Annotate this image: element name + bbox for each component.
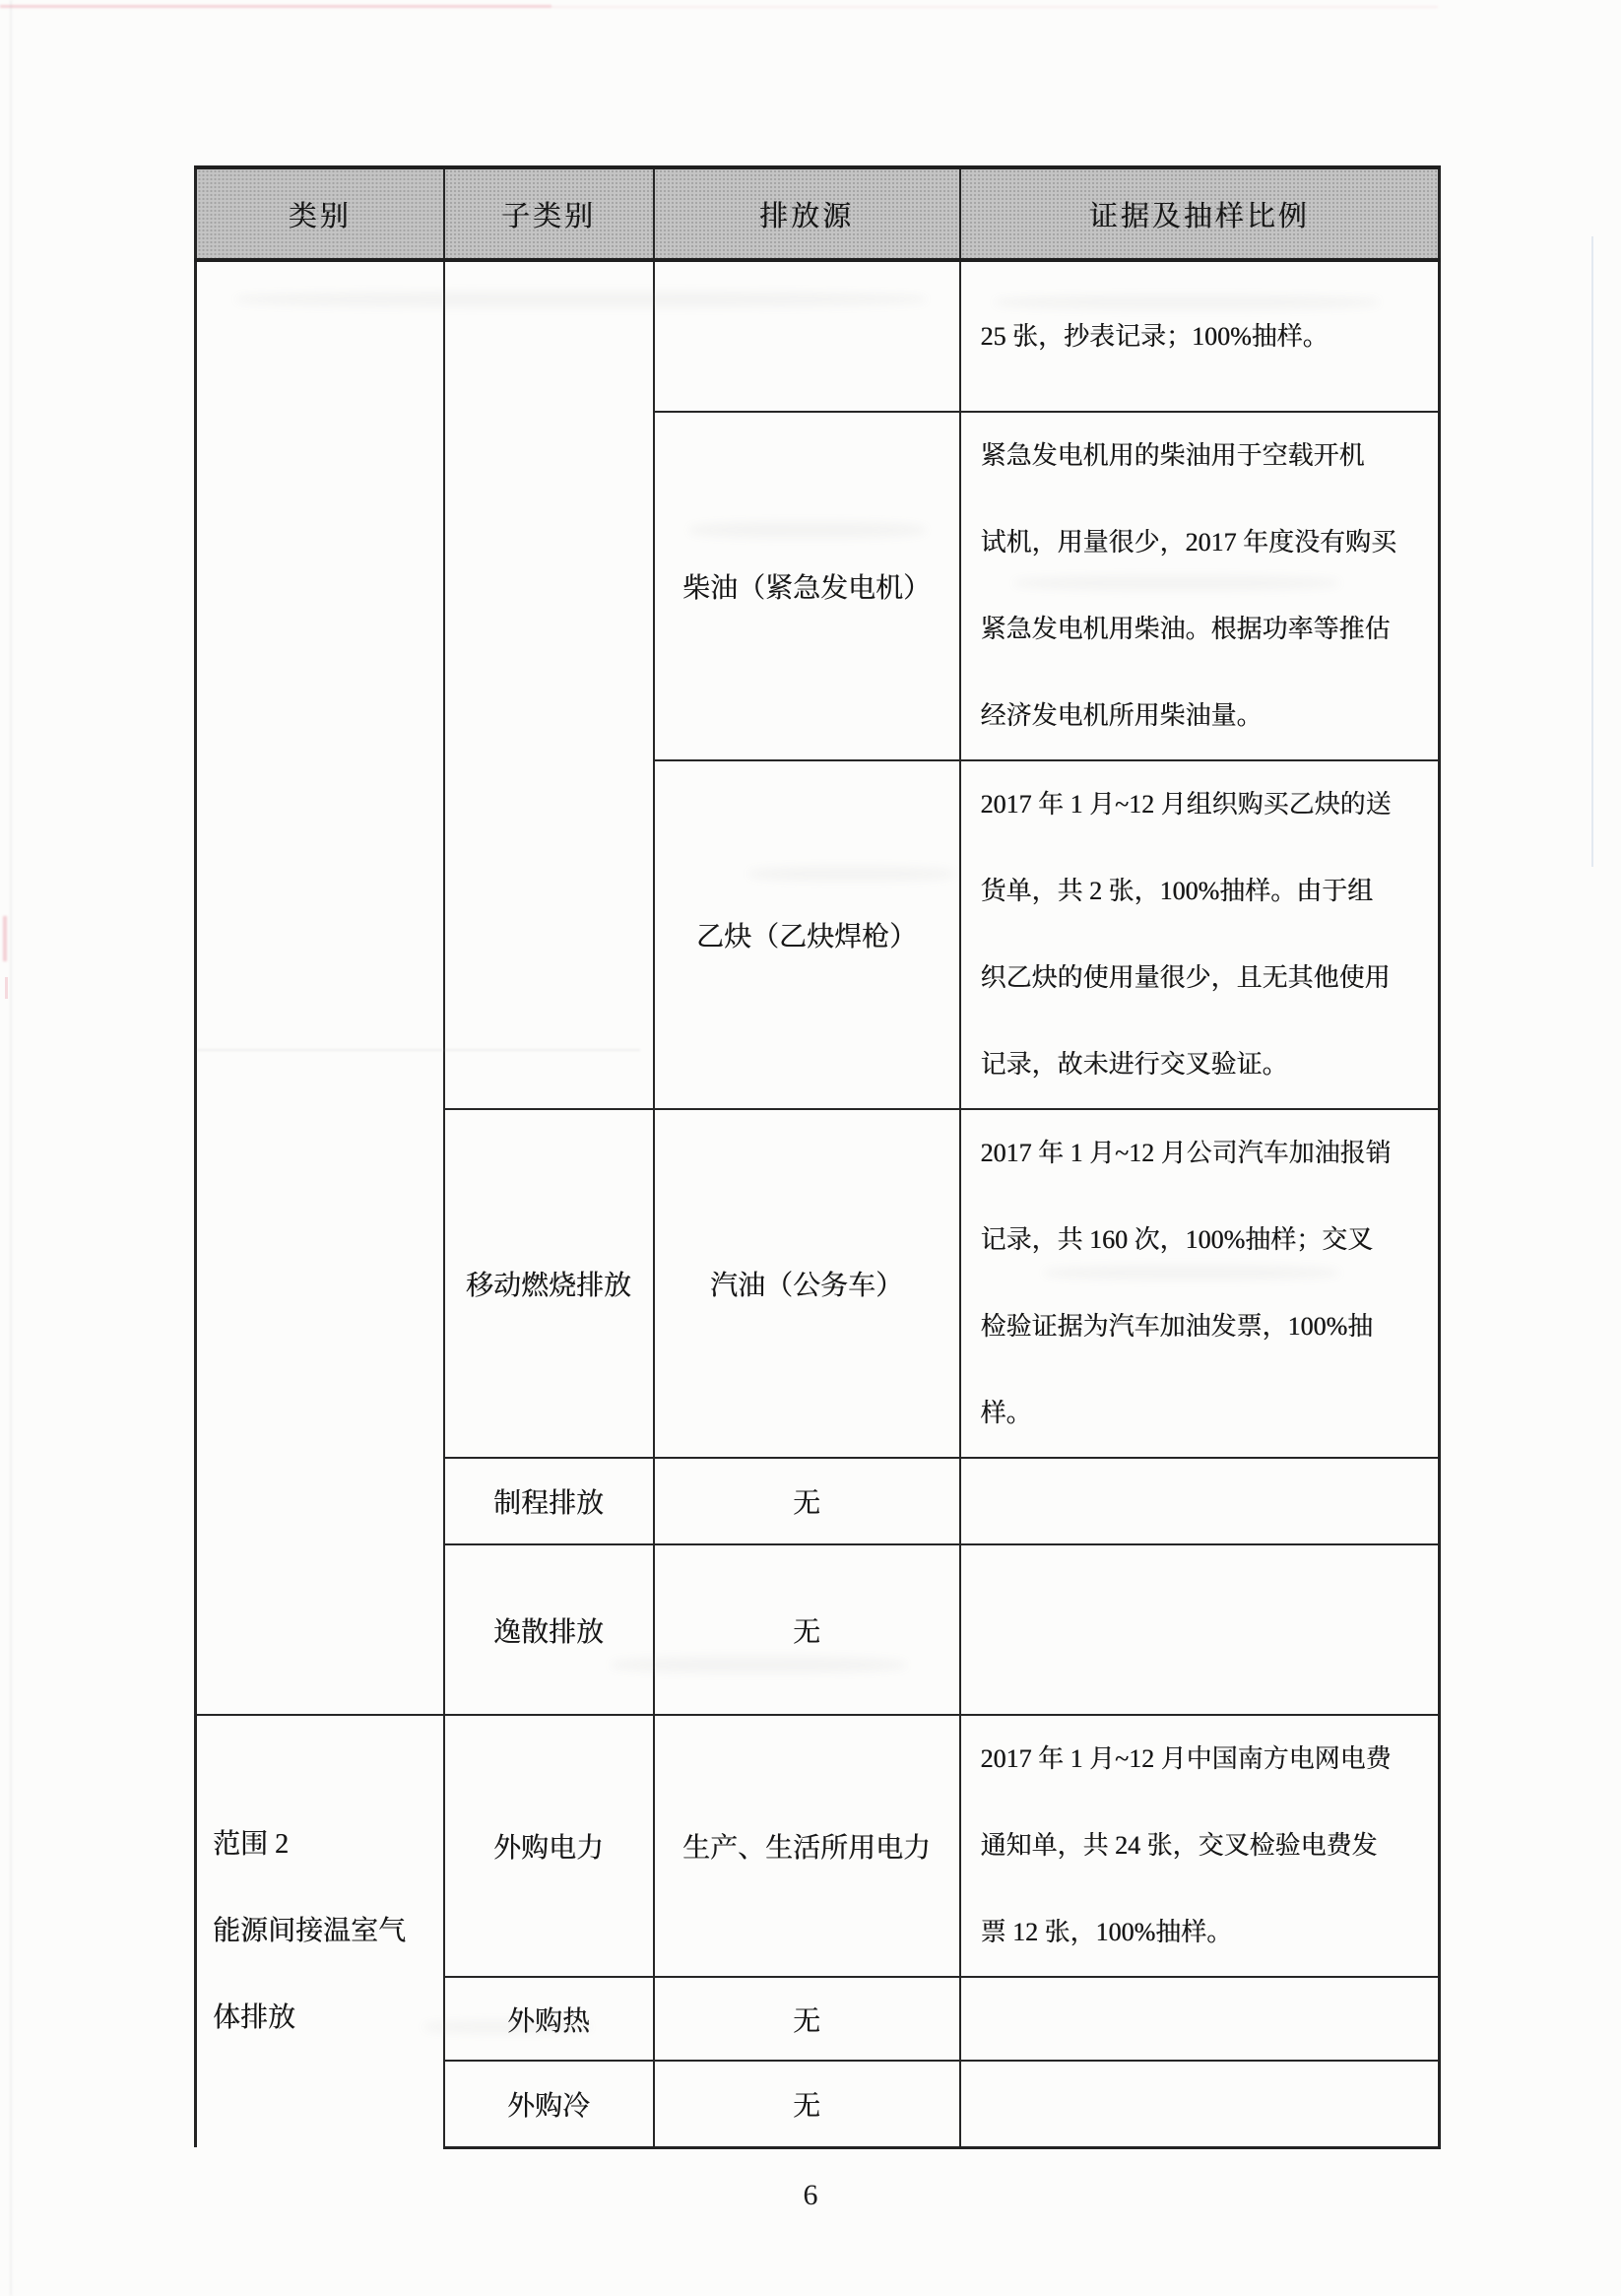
cell-subcategory-mobile: 移动燃烧排放	[444, 1109, 654, 1458]
cell-evidence-acetylene: 2017 年 1 月~12 月组织购买乙炔的送 货单，共 2 张，100%抽样。…	[960, 760, 1440, 1109]
scan-streak-left	[3, 916, 7, 961]
cell-source-acetylene: 乙炔（乙炔焊枪）	[654, 760, 960, 1109]
cell-category-scope2: 范围 2 能源间接温室气 体排放	[196, 1715, 444, 2147]
cell-source-electricity: 生产、生活所用电力	[654, 1715, 960, 1977]
col-header-evidence: 证据及抽样比例	[960, 167, 1440, 260]
scan-streak-top	[551, 6, 1438, 8]
table-row: 范围 2 能源间接温室气 体排放 外购电力 生产、生活所用电力 2017 年 1…	[196, 1715, 1440, 1977]
cell-evidence-heat	[960, 1977, 1440, 2061]
scan-streak-left-edge	[10, 0, 12, 2296]
cell-evidence-process	[960, 1458, 1440, 1544]
scan-streak-top	[0, 5, 551, 8]
cell-subcategory-cooling: 外购冷	[444, 2061, 654, 2147]
col-header-subcategory: 子类别	[444, 167, 654, 260]
cell-source-process: 无	[654, 1458, 960, 1544]
cell-evidence-cooling	[960, 2061, 1440, 2147]
cell-category-scope1	[196, 260, 444, 1715]
scan-streak-right	[1591, 236, 1593, 867]
cell-evidence-electricity: 2017 年 1 月~12 月中国南方电网电费 通知单，共 24 张，交叉检验电…	[960, 1715, 1440, 1977]
cell-evidence-meter: 25 张，抄表记录；100%抽样。	[960, 260, 1440, 412]
cell-subcategory-fugitive: 逸散排放	[444, 1544, 654, 1715]
table-row: 25 张，抄表记录；100%抽样。	[196, 260, 1440, 412]
cell-subcategory-stationary	[444, 260, 654, 1109]
emission-evidence-table: 类别 子类别 排放源 证据及抽样比例 25 张，抄表记录；100%抽样。 柴油（…	[194, 165, 1441, 2149]
cell-source-fugitive: 无	[654, 1544, 960, 1715]
col-header-source: 排放源	[654, 167, 960, 260]
cell-subcategory-heat: 外购热	[444, 1977, 654, 2061]
cell-evidence-gasoline: 2017 年 1 月~12 月公司汽车加油报销 记录，共 160 次，100%抽…	[960, 1109, 1440, 1458]
scan-streak-left	[5, 977, 8, 999]
cell-source-cooling: 无	[654, 2061, 960, 2147]
cell-source-meter	[654, 260, 960, 412]
col-header-category: 类别	[196, 167, 444, 260]
cell-subcategory-process: 制程排放	[444, 1458, 654, 1544]
document-page: 类别 子类别 排放源 证据及抽样比例 25 张，抄表记录；100%抽样。 柴油（…	[0, 0, 1621, 2296]
cell-source-diesel: 柴油（紧急发电机）	[654, 412, 960, 760]
cell-evidence-fugitive	[960, 1544, 1440, 1715]
cell-source-heat: 无	[654, 1977, 960, 2061]
page-number: 6	[0, 2179, 1621, 2212]
cell-evidence-diesel: 紧急发电机用的柴油用于空载开机 试机，用量很少，2017 年度没有购买 紧急发电…	[960, 412, 1440, 760]
cell-source-gasoline: 汽油（公务车）	[654, 1109, 960, 1458]
table-header-row: 类别 子类别 排放源 证据及抽样比例	[196, 167, 1440, 260]
cell-subcategory-electricity: 外购电力	[444, 1715, 654, 1977]
